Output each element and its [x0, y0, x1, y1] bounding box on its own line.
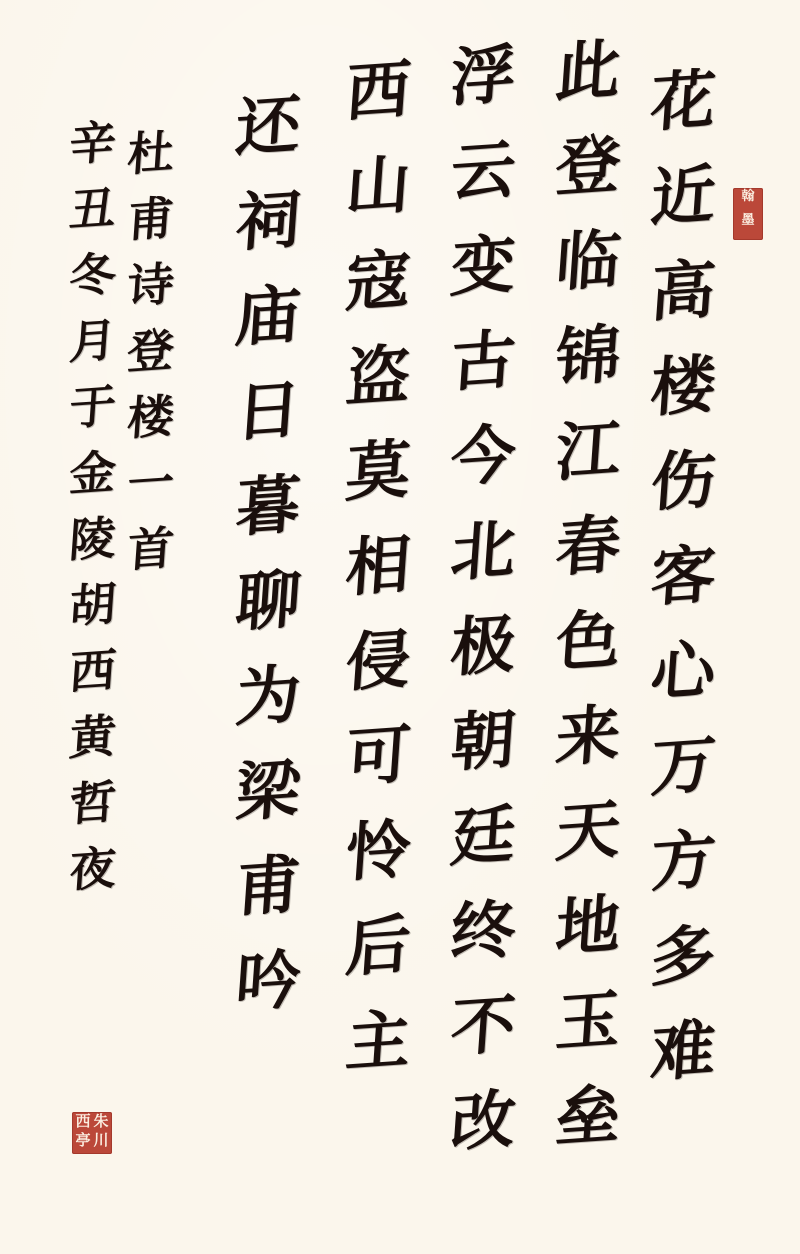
seal-glyph: 川 — [92, 1133, 110, 1152]
glyph: 玉 — [541, 987, 632, 1088]
glyph: 客 — [636, 542, 727, 643]
poem-column-5: 还 祠 庙 日 暮 聊 为 梁 甫 吟 — [225, 95, 309, 1045]
glyph: 山 — [331, 152, 422, 253]
glyph: 冬 — [59, 250, 124, 320]
glyph: 于 — [59, 382, 124, 452]
glyph: 临 — [541, 227, 632, 328]
glyph: 西 — [59, 646, 124, 716]
glyph: 首 — [117, 524, 182, 594]
glyph: 不 — [436, 992, 527, 1093]
leading-seal: 翰 墨 — [733, 188, 763, 240]
glyph: 江 — [541, 417, 632, 518]
signature-column-1: 杜 甫 诗 登 楼 一 首 — [120, 130, 180, 592]
glyph: 日 — [221, 377, 312, 478]
glyph: 古 — [436, 327, 527, 428]
glyph: 可 — [331, 722, 422, 823]
glyph: 高 — [636, 257, 727, 358]
glyph: 盗 — [331, 342, 422, 443]
glyph: 怜 — [331, 817, 422, 918]
seal-glyph: 翰 — [735, 190, 761, 214]
glyph: 天 — [541, 797, 632, 898]
glyph: 花 — [636, 67, 727, 168]
glyph: 丑 — [59, 184, 124, 254]
glyph: 侵 — [331, 627, 422, 728]
glyph: 哲 — [59, 778, 124, 848]
glyph: 春 — [541, 512, 632, 613]
glyph: 锦 — [541, 322, 632, 423]
glyph: 西 — [331, 57, 422, 158]
seal-glyph: 墨 — [735, 214, 761, 238]
signature-column-2: 辛 丑 冬 月 于 金 陵 胡 西 黄 哲 夜 — [62, 120, 122, 912]
glyph: 色 — [541, 607, 632, 708]
name-seal: 西 朱 亭 川 — [72, 1112, 112, 1154]
glyph: 胡 — [59, 580, 124, 650]
glyph: 今 — [436, 422, 527, 523]
glyph: 祠 — [221, 187, 312, 288]
glyph: 心 — [636, 637, 727, 738]
glyph: 莫 — [331, 437, 422, 538]
glyph: 甫 — [221, 852, 312, 953]
glyph: 变 — [436, 232, 527, 333]
glyph: 一 — [117, 458, 182, 528]
poem-column-3: 浮 云 变 古 今 北 极 朝 廷 终 不 改 — [440, 45, 524, 1185]
glyph: 方 — [636, 827, 727, 928]
glyph: 朝 — [436, 707, 527, 808]
glyph: 浮 — [436, 42, 527, 143]
glyph: 极 — [436, 612, 527, 713]
glyph: 聊 — [221, 567, 312, 668]
glyph: 多 — [636, 922, 727, 1023]
glyph: 云 — [436, 137, 527, 238]
glyph: 庙 — [221, 282, 312, 383]
glyph: 相 — [331, 532, 422, 633]
seal-glyph: 亭 — [74, 1133, 92, 1152]
glyph: 梁 — [221, 757, 312, 858]
glyph: 还 — [221, 92, 312, 193]
poem-column-1: 花 近 高 楼 伤 客 心 万 方 多 难 — [640, 70, 724, 1115]
glyph: 月 — [59, 316, 124, 386]
glyph: 楼 — [636, 352, 727, 453]
glyph: 后 — [331, 912, 422, 1013]
glyph: 金 — [59, 448, 124, 518]
glyph: 廷 — [436, 802, 527, 903]
glyph: 登 — [541, 132, 632, 233]
glyph: 登 — [117, 326, 182, 396]
glyph: 万 — [636, 732, 727, 833]
glyph: 地 — [541, 892, 632, 993]
glyph: 诗 — [117, 260, 182, 330]
glyph: 主 — [331, 1007, 422, 1108]
glyph: 近 — [636, 162, 727, 263]
glyph: 辛 — [59, 118, 124, 188]
glyph: 甫 — [117, 194, 182, 264]
poem-column-2: 此 登 临 锦 江 春 色 来 天 地 玉 垒 — [545, 40, 629, 1180]
glyph: 楼 — [117, 392, 182, 462]
poem-column-4: 西 山 寇 盗 莫 相 侵 可 怜 后 主 — [335, 60, 419, 1105]
glyph: 吟 — [221, 947, 312, 1048]
glyph: 北 — [436, 517, 527, 618]
glyph: 此 — [541, 37, 632, 138]
glyph: 暮 — [221, 472, 312, 573]
glyph: 杜 — [117, 128, 182, 198]
glyph: 来 — [541, 702, 632, 803]
glyph: 为 — [221, 662, 312, 763]
glyph: 寇 — [331, 247, 422, 348]
glyph: 垒 — [541, 1082, 632, 1183]
glyph: 改 — [436, 1087, 527, 1188]
glyph: 黄 — [59, 712, 124, 782]
glyph: 伤 — [636, 447, 727, 548]
glyph: 终 — [436, 897, 527, 998]
glyph: 夜 — [59, 844, 124, 914]
glyph: 陵 — [59, 514, 124, 584]
glyph: 难 — [636, 1017, 727, 1118]
